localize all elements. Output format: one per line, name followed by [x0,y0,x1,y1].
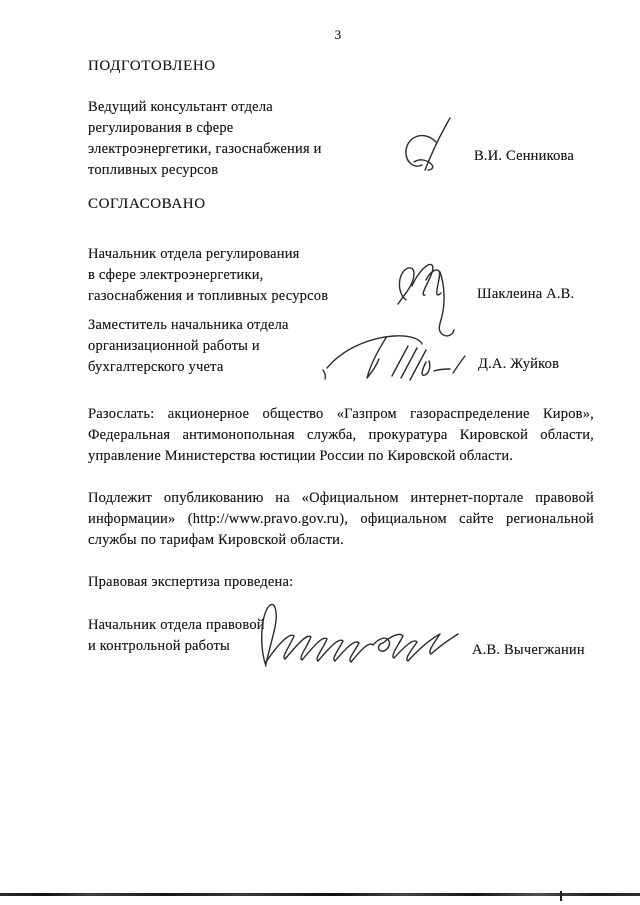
mailing-line: Федеральная антимонопольная служба, прок… [88,425,594,446]
signature-zhuykov-icon [322,330,472,382]
scan-bottom-edge-line [0,893,640,896]
legal-review-signatory-name: А.В. Вычегжанин [472,640,585,661]
mailing-line: управление Министерства юстиции России п… [88,446,594,467]
signature-vychegzhanin-icon [252,600,468,670]
agreed-heading: СОГЛАСОВАНО [88,194,206,215]
publication-line: службы по тарифам Кировской области. [88,530,594,551]
mailing-line: Разослать: акционерное общество «Газпром… [88,404,594,425]
publication-paragraph: Подлежит опубликованию на «Официальном и… [88,488,594,551]
prepared-heading: ПОДГОТОВЛЕНО [88,56,216,77]
agreed-signatory-name: Шаклеина А.В. [477,284,574,305]
scan-edge-tick-mark [560,891,562,901]
legal-review-label: Правовая экспертиза проведена: [88,572,293,593]
prepared-signatory-name: В.И. Сенникова [474,146,574,167]
mailing-paragraph: Разослать: акционерное общество «Газпром… [88,404,594,467]
scanned-document-page: 3 ПОДГОТОВЛЕНО Ведущий консультант отдел… [0,0,640,905]
page-number: 3 [308,24,368,45]
signature-sennikova-icon [398,116,458,174]
agreed-signatory-role: Начальник отдела регулирования в сфере э… [88,244,408,307]
prepared-signatory-role: Ведущий консультант отдела регулирования… [88,97,408,181]
publication-line: информации» (http://www.pravo.gov.ru), о… [88,509,594,530]
publication-line: Подлежит опубликованию на «Официальном и… [88,488,594,509]
agreed-signatory2-name: Д.А. Жуйков [478,354,559,375]
